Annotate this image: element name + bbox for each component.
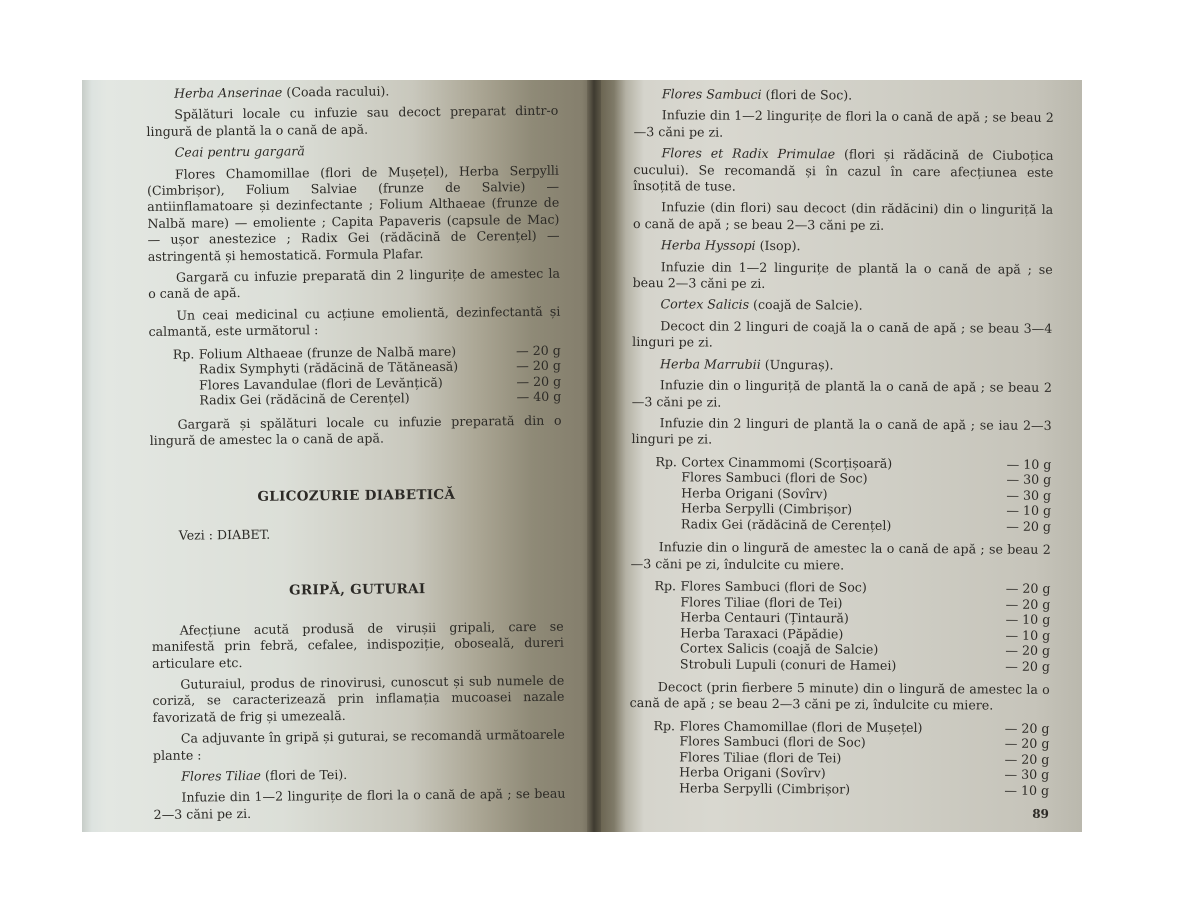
recipe-herb: Radix Gei (rădăcină de Cerențel) <box>681 516 999 534</box>
left-recipe-1: Rp.Folium Althaeae (frunze de Nalbă mare… <box>173 342 562 408</box>
paragraph: Infuzie din o linguriță de plantă la o c… <box>632 377 1052 413</box>
recipe-quantity: — 20 g <box>999 518 1051 534</box>
paragraph: Flores Chamomillae (flori de Mușețel), H… <box>147 162 560 265</box>
right-recipe-1: Rp.Cortex Cinammomi (Scorțișoară)— 10 gF… <box>655 454 1052 534</box>
recipe-prefix <box>654 609 680 625</box>
paragraph: Cortex Salicis (coajă de Salcie). <box>632 296 1052 315</box>
recipe-quantity: — 30 g <box>997 767 1049 783</box>
recipe-quantity: — 20 g <box>997 736 1049 752</box>
recipe-prefix <box>173 393 199 409</box>
recipe-row: Radix Gei (rădăcină de Cerențel)— 20 g <box>655 516 1051 534</box>
left-after-recipe-1: Gargară și spălături locale cu infuzie p… <box>149 412 561 449</box>
recipe-prefix: Rp. <box>655 454 681 470</box>
recipe-quantity: — 10 g <box>998 612 1050 628</box>
heading-glicozurie: GLICOZURIE DIABETICĂ <box>150 485 562 506</box>
recipe-prefix <box>654 640 680 656</box>
right-page-content: Flores Sambuci (flori de Soc).Infuzie di… <box>629 86 1054 832</box>
recipe-prefix: Rp. <box>654 578 680 594</box>
recipe-prefix <box>653 733 679 749</box>
recipe-prefix: Rp. <box>173 346 199 362</box>
right-recipe-2: Rp.Flores Sambuci (flori de Soc)— 20 gFl… <box>654 578 1051 674</box>
paragraph: Ceai pentru gargară <box>147 141 559 162</box>
recipe-quantity: — 10 g <box>999 456 1051 472</box>
recipe-quantity: — 20 g <box>998 581 1050 597</box>
recipe-herb: Radix Gei (rădăcină de Cerențel) <box>199 389 509 408</box>
recipe-quantity: — 40 g <box>509 389 561 405</box>
recipe-herb: Strobuli Lupuli (conuri de Hamei) <box>680 656 998 674</box>
paragraph: Ca adjuvante în gripă și guturai, se rec… <box>153 727 565 764</box>
recipe-prefix <box>655 469 681 485</box>
recipe-herb: Herba Serpylli (Cimbrișor) <box>679 780 997 798</box>
paragraph: Spălături locale cu infuzie sau decoct p… <box>146 103 558 140</box>
paragraph: Flores Tiliae (flori de Tei). <box>153 765 565 786</box>
latin-plant-name: Flores Tiliae <box>181 768 261 784</box>
recipe-quantity: — 10 g <box>998 627 1050 643</box>
recipe-quantity: — 10 g <box>997 782 1049 798</box>
see-also-diabet: Vezi : DIABET. <box>151 524 563 545</box>
recipe-quantity: — 20 g <box>509 342 561 358</box>
recipe-prefix <box>655 516 681 532</box>
recipe-quantity: — 20 g <box>997 751 1049 767</box>
latin-plant-name: Herba Anserinae <box>174 85 282 101</box>
paragraph: Decoct din 2 linguri de coajă la o cană … <box>632 318 1052 354</box>
recipe-prefix <box>654 656 680 672</box>
left-blocks-2: Afecțiune acută produsă de virușii gripa… <box>152 618 566 823</box>
paragraph: Un ceai medicinal cu acțiune emolientă, … <box>148 304 560 341</box>
recipe-row: Herba Serpylli (Cimbrișor)— 10 g <box>653 780 1049 798</box>
right-recipe-3: Rp.Flores Chamomillae (flori de Mușețel)… <box>653 718 1050 798</box>
paragraph: Guturaiul, produs de rinovirusi, cunoscu… <box>152 673 564 727</box>
paragraph: Infuzie din 1—2 lingurițe de flori la o … <box>634 107 1054 143</box>
recipe-quantity: — 20 g <box>509 358 561 374</box>
recipe-prefix <box>173 362 199 378</box>
paragraph: Infuzie din 1—2 lingurițe de plantă la o… <box>633 259 1053 295</box>
right-page: Flores Sambuci (flori de Soc).Infuzie di… <box>594 80 1082 832</box>
paragraph: Herba Hyssopi (Isop). <box>633 237 1053 256</box>
left-page: Herba Anserinae (Coada racului).Spălătur… <box>82 80 594 832</box>
recipe-prefix <box>653 764 679 780</box>
recipe-row: Radix Gei (rădăcină de Cerențel)— 40 g <box>173 389 561 409</box>
paragraph: Infuzie din 2 linguri de plantă la o can… <box>631 415 1051 451</box>
paragraph: Gargară cu infuzie preparată din 2 lingu… <box>148 266 560 303</box>
recipe-quantity: — 20 g <box>998 658 1050 674</box>
recipe-quantity: — 20 g <box>998 596 1050 612</box>
right-blocks: Flores Sambuci (flori de Soc).Infuzie di… <box>631 86 1054 451</box>
paragraph: Flores et Radix Primulae (flori și rădăc… <box>633 145 1053 197</box>
latin-plant-name: Herba Marrubii <box>660 356 761 372</box>
heading-gripa: GRIPĂ, GUTURAI <box>151 580 563 601</box>
recipe-prefix <box>653 780 679 796</box>
page-number-right: 89 <box>1032 806 1049 823</box>
recipe-prefix: Rp. <box>653 718 679 734</box>
paragraph: Afecțiune acută produsă de virușii gripa… <box>152 618 564 672</box>
latin-plant-name: Cortex Salicis <box>660 297 749 313</box>
recipe-prefix <box>655 485 681 501</box>
recipe-quantity: — 10 g <box>999 503 1051 519</box>
book-gutter <box>587 80 601 832</box>
recipe-quantity: — 30 g <box>999 487 1051 503</box>
recipe-prefix <box>173 377 199 393</box>
paragraph: Herba Marrubii (Unguraș). <box>632 356 1052 375</box>
latin-plant-name: Herba Hyssopi <box>661 237 756 253</box>
recipe-prefix <box>653 749 679 765</box>
recipe-quantity: — 20 g <box>997 720 1049 736</box>
paragraph: Infuzie (din flori) sau decoct (din rădă… <box>633 199 1053 235</box>
recipe-prefix <box>654 625 680 641</box>
latin-plant-name: Flores Sambuci <box>662 86 762 102</box>
recipe-quantity: — 20 g <box>509 373 561 389</box>
paragraph: Herba Anserinae (Coada racului). <box>146 82 558 103</box>
paragraph: Infuzie din 1—2 lingurițe de flori la o … <box>153 786 565 823</box>
latin-plant-name: Ceai pentru gargară <box>175 144 305 160</box>
left-page-content: Herba Anserinae (Coada racului).Spălătur… <box>146 82 566 832</box>
recipe-prefix <box>654 594 680 610</box>
book-photo: Herba Anserinae (Coada racului).Spălătur… <box>82 80 1082 832</box>
recipe-prefix <box>655 500 681 516</box>
left-blocks: Herba Anserinae (Coada racului).Spălătur… <box>146 82 561 341</box>
right-after-recipe-2: Decoct (prin fierbere 5 minute) din o li… <box>630 679 1050 715</box>
recipe-quantity: — 30 g <box>999 472 1051 488</box>
right-after-recipe-1: Infuzie din o lingură de amestec la o ca… <box>631 539 1051 575</box>
latin-plant-name: Flores et Radix Primulae <box>661 145 835 161</box>
recipe-quantity: — 20 g <box>998 643 1050 659</box>
paragraph: Flores Sambuci (flori de Soc). <box>634 86 1054 105</box>
recipe-row: Strobuli Lupuli (conuri de Hamei)— 20 g <box>654 656 1050 674</box>
